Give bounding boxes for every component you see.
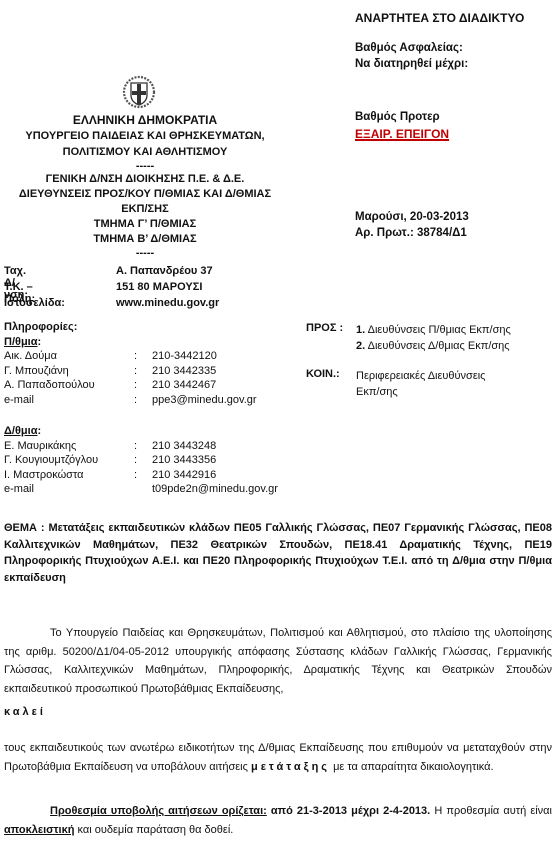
postcode-value: 151 80 ΜΑΡΟΥΣΙ <box>116 281 202 293</box>
recipient-item: 1. Διευθύνσεις Π/θμιας Εκπ/σης <box>356 322 511 338</box>
posting-notice: ΑΝΑΡΤΗΤΕΑ ΣΤΟ ΔΙΑΔΙΚΤΥΟ <box>355 11 524 25</box>
protocol-number: Αρ. Πρωτ.: 38784/Δ1 <box>355 227 467 239</box>
website-label: Ιστοσελίδα: <box>4 297 65 309</box>
header-divider: ----- <box>0 247 290 259</box>
cc-item: Εκπ/σης <box>356 384 398 400</box>
header-line: ΓΕΝΙΚΗ Δ/ΝΣΗ ΔΙΟΙΚΗΣΗΣ Π.Ε. & Δ.Ε. <box>0 172 290 187</box>
place-date: Μαρούσι, 20-03-2013 <box>355 211 469 223</box>
cc-label: ΚΟΙΝ.: <box>306 368 340 380</box>
header-line: ΕΛΛΗΝΙΚΗ ΔΗΜΟΚΡΑΤΙΑ <box>0 112 290 128</box>
greek-coat-of-arms-icon <box>122 75 156 111</box>
header-line: ΔΙΕΥΘΥΝΣΕΙΣ ΠΡΟΣ/ΚΟΥ Π/ΘΜΙΑΣ ΚΑΙ Δ/ΘΜΙΑΣ <box>0 187 290 202</box>
priority-label: Βαθμός Προτερ <box>355 111 440 123</box>
deadline-label: Προθεσμία υποβολής αιτήσεων ορίζεται: <box>50 805 267 817</box>
issuer-header: ΕΛΛΗΝΙΚΗ ΔΗΜΟΚΡΑΤΙΑ ΥΠΟΥΡΓΕΙΟ ΠΑΙΔΕΙΑΣ Κ… <box>0 112 290 259</box>
body-paragraph-2: τους εκπαιδευτικούς των ανωτέρω ειδικοτή… <box>4 739 552 776</box>
header-line: ΠΟΛΙΤΙΣΜΟΥ ΚΑΙ ΑΘΛΗΤΙΣΜΟΥ <box>0 144 290 160</box>
cc-item: Περιφερειακές Διευθύνσεις <box>356 368 486 384</box>
secondary-email-link[interactable]: t09pde2n@minedu.gov.gr <box>152 483 278 495</box>
header-line: ΥΠΟΥΡΓΕΙΟ ΠΑΙΔΕΙΑΣ ΚΑΙ ΘΡΗΣΚΕΥΜΑΤΩΝ, <box>0 128 290 144</box>
deadline-dates: από 21-3-2013 μέχρι 2-4-2013. <box>267 805 430 817</box>
keep-until: Να διατηρηθεί μέχρι: <box>355 58 468 70</box>
secondary-section-title: Δ/θμια: <box>4 425 41 437</box>
calls-heading: καλεί <box>4 703 552 722</box>
header-line: ΤΜΗΜΑ Β’ Δ/ΘΜΙΑΣ <box>0 232 290 247</box>
security-grade: Βαθμός Ασφαλείας: <box>355 42 463 54</box>
header-line: ΤΜΗΜΑ Γ’ Π/ΘΜΙΑΣ <box>0 217 290 232</box>
deadline-paragraph: Προθεσμία υποβολής αιτήσεων ορίζεται: απ… <box>4 802 552 839</box>
recipient-item: 2. Διευθύνσεις Δ/θμιας Εκπ/σης <box>356 338 510 354</box>
priority-value: ΕΞΑΙΡ. ΕΠΕΙΓΟΝ <box>355 127 449 141</box>
primary-section-title: Π/θμια: <box>4 336 41 348</box>
to-label: ΠΡΟΣ : <box>306 322 343 334</box>
exclusive-label: αποκλειστική <box>4 824 74 836</box>
website-link[interactable]: www.minedu.gov.gr <box>116 297 219 309</box>
header-divider: ----- <box>0 160 290 172</box>
info-title: Πληροφορίες: <box>4 321 77 333</box>
primary-email-link[interactable]: ppe3@minedu.gov.gr <box>152 394 257 406</box>
header-line: ΕΚΠ/ΣΗΣ <box>0 202 290 217</box>
address-value: Α. Παπανδρέου 37 <box>116 265 213 277</box>
body-paragraph-1: Το Υπουργείο Παιδείας και Θρησκευμάτων, … <box>4 624 552 698</box>
subject: ΘΕΜΑ : Μετατάξεις εκπαιδευτικών κλάδων Π… <box>4 520 552 586</box>
